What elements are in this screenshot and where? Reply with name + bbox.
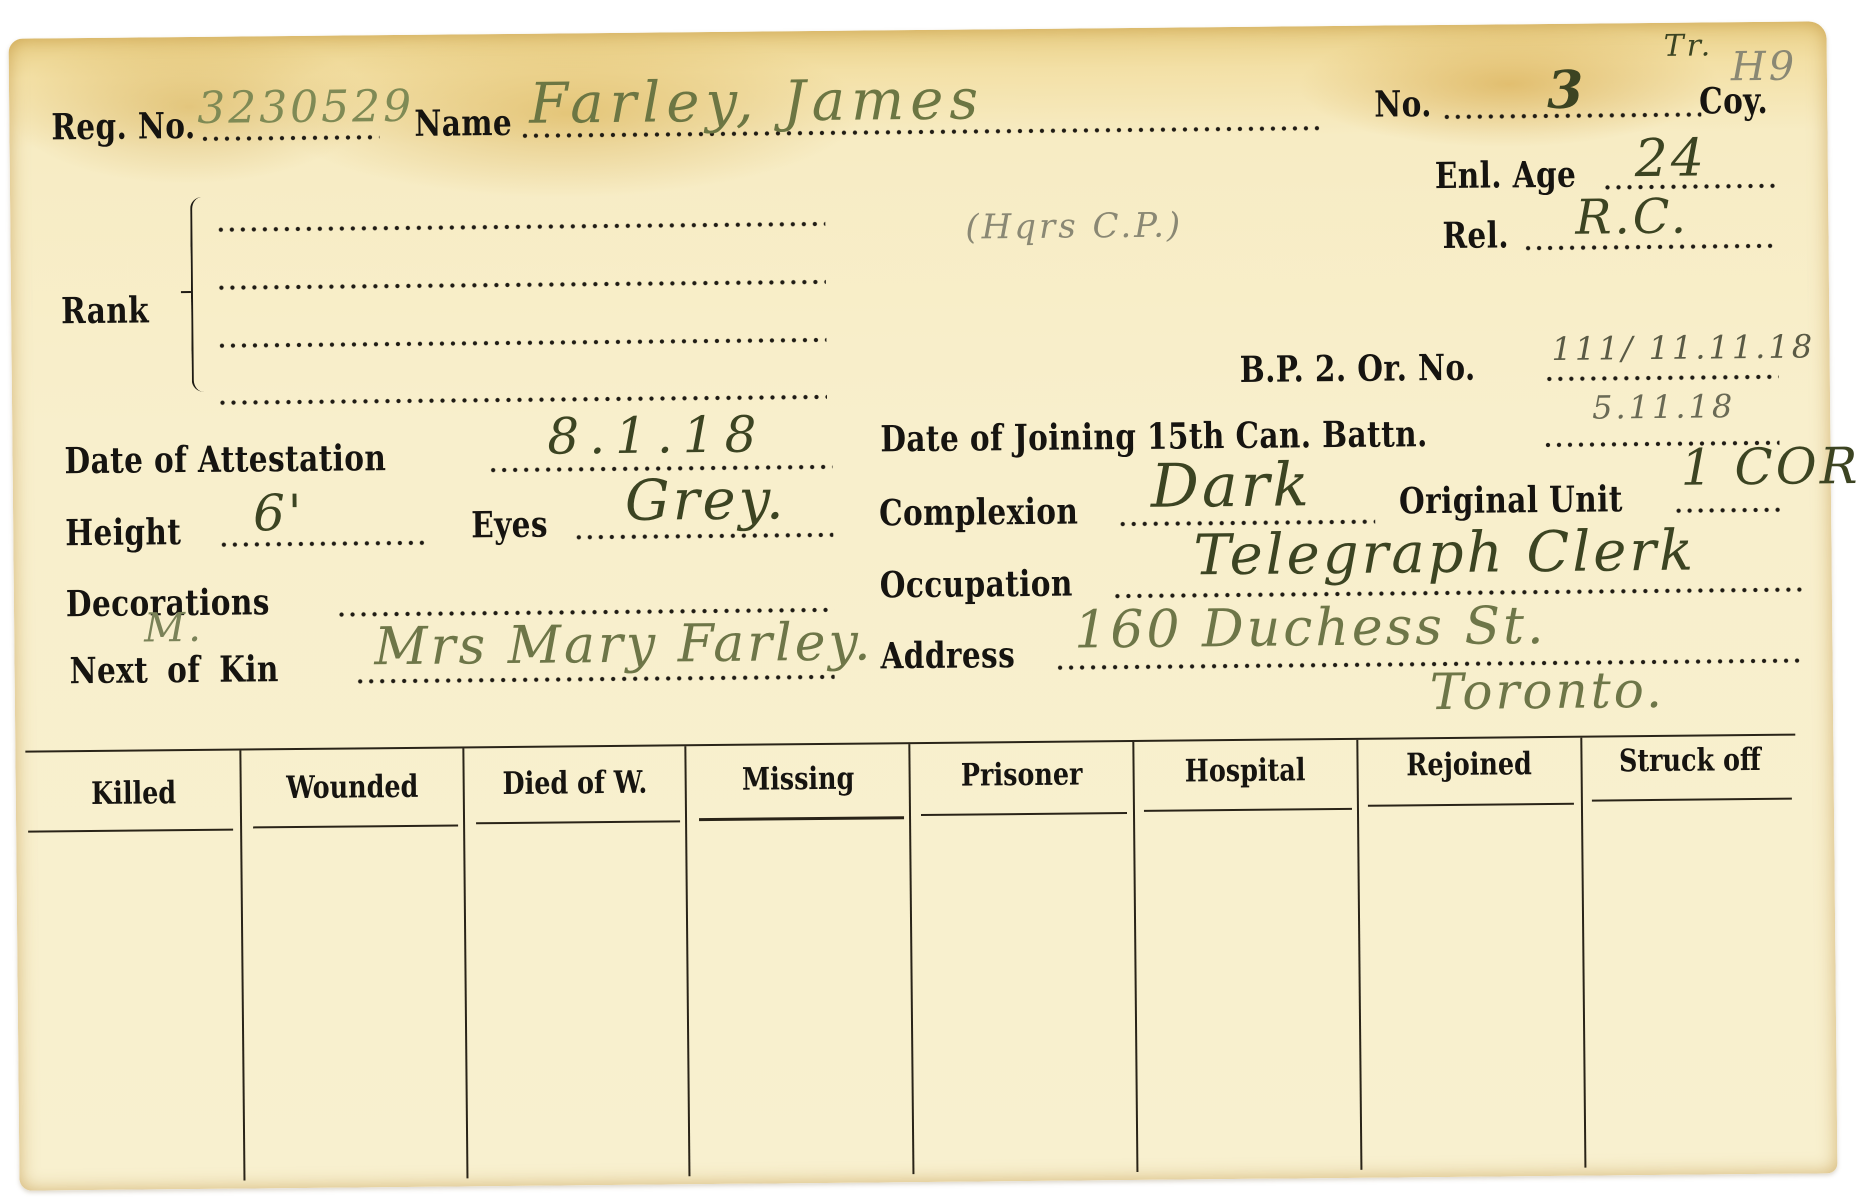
company-no-value: 3 xyxy=(1547,60,1587,121)
height-dots xyxy=(218,540,428,548)
cell-died-of-wounds xyxy=(465,800,689,1182)
occupation-value: Telegraph Clerk xyxy=(1193,519,1696,589)
cell-struck-off xyxy=(1583,790,1802,1172)
original-unit-dots xyxy=(1673,507,1780,514)
company-no-label: No. xyxy=(1374,83,1432,126)
reg-no-value: 3230529 xyxy=(197,81,414,134)
cell-missing xyxy=(687,798,913,1180)
address-line-2: Toronto. xyxy=(1430,661,1666,721)
reg-no-dots xyxy=(199,134,379,142)
column-header-hospital: Hospital xyxy=(1134,752,1356,790)
next-of-kin-value: Mrs Mary Farley. xyxy=(374,612,874,677)
rel-value: R.C. xyxy=(1575,189,1689,246)
column-header-missing: Missing xyxy=(686,760,908,798)
name-value: Farley, James xyxy=(529,67,984,136)
original-unit-label: Original Unit xyxy=(1399,478,1623,522)
corner-note-top: Tr. xyxy=(1663,28,1713,63)
name-label: Name xyxy=(414,102,512,145)
date-joining-value: 5.11.18 xyxy=(1592,387,1735,426)
rank-line-1 xyxy=(215,221,825,233)
rank-line-4 xyxy=(217,394,827,406)
next-of-kin-prefix: M. xyxy=(144,605,204,652)
cell-wounded xyxy=(242,802,467,1184)
eyes-value: Grey. xyxy=(625,467,787,534)
rank-label: Rank xyxy=(61,289,149,332)
rank-line-2 xyxy=(216,279,826,291)
enl-age-value: 24 xyxy=(1634,128,1707,189)
pencil-note: (Hqrs C.P.) xyxy=(965,205,1183,247)
cell-killed xyxy=(28,805,244,1187)
cell-rejoined xyxy=(1359,792,1585,1174)
rel-label: Rel. xyxy=(1442,214,1509,257)
address-label: Address xyxy=(880,634,1015,677)
occupation-label: Occupation xyxy=(880,563,1073,607)
date-attestation-label: Date of Attestation xyxy=(64,437,386,482)
enl-age-label: Enl. Age xyxy=(1435,154,1577,197)
cell-prisoner xyxy=(911,796,1137,1178)
corner-note-pencil: H9 xyxy=(1731,44,1798,91)
attestation-card: Reg. No. 3230529 Name Farley, James No. … xyxy=(9,21,1838,1190)
complexion-label: Complexion xyxy=(879,491,1079,535)
address-line-1: 160 Duchess St. xyxy=(1074,596,1547,661)
reg-no-label: Reg. No. xyxy=(51,105,196,148)
complexion-value: Dark xyxy=(1151,450,1313,522)
column-header-died-of-wounds: Died of W. xyxy=(465,764,685,802)
height-value: 6' xyxy=(253,484,305,542)
column-header-struck-off: Struck off xyxy=(1582,742,1797,780)
rank-brace xyxy=(190,197,208,392)
casualty-table: Killed Wounded Died of W. Missing Prison… xyxy=(9,21,1827,38)
eyes-label: Eyes xyxy=(471,504,548,547)
height-label: Height xyxy=(65,511,181,554)
bp2-label: B.P. 2. Or. No. xyxy=(1240,347,1476,391)
next-of-kin-label: Next of Kin xyxy=(69,648,279,692)
bp2-value: 111/ 11.11.18 xyxy=(1551,327,1815,368)
column-header-rejoined: Rejoined xyxy=(1358,746,1580,784)
cell-hospital xyxy=(1135,794,1361,1176)
eyes-dots xyxy=(573,532,833,540)
column-header-prisoner: Prisoner xyxy=(910,756,1132,794)
bp2-dots xyxy=(1544,374,1779,382)
rank-line-3 xyxy=(216,337,826,349)
original-unit-value: 1 COR xyxy=(1680,437,1860,497)
date-attestation-value: 8.1.18 xyxy=(547,405,767,465)
column-header-wounded: Wounded xyxy=(242,768,463,806)
